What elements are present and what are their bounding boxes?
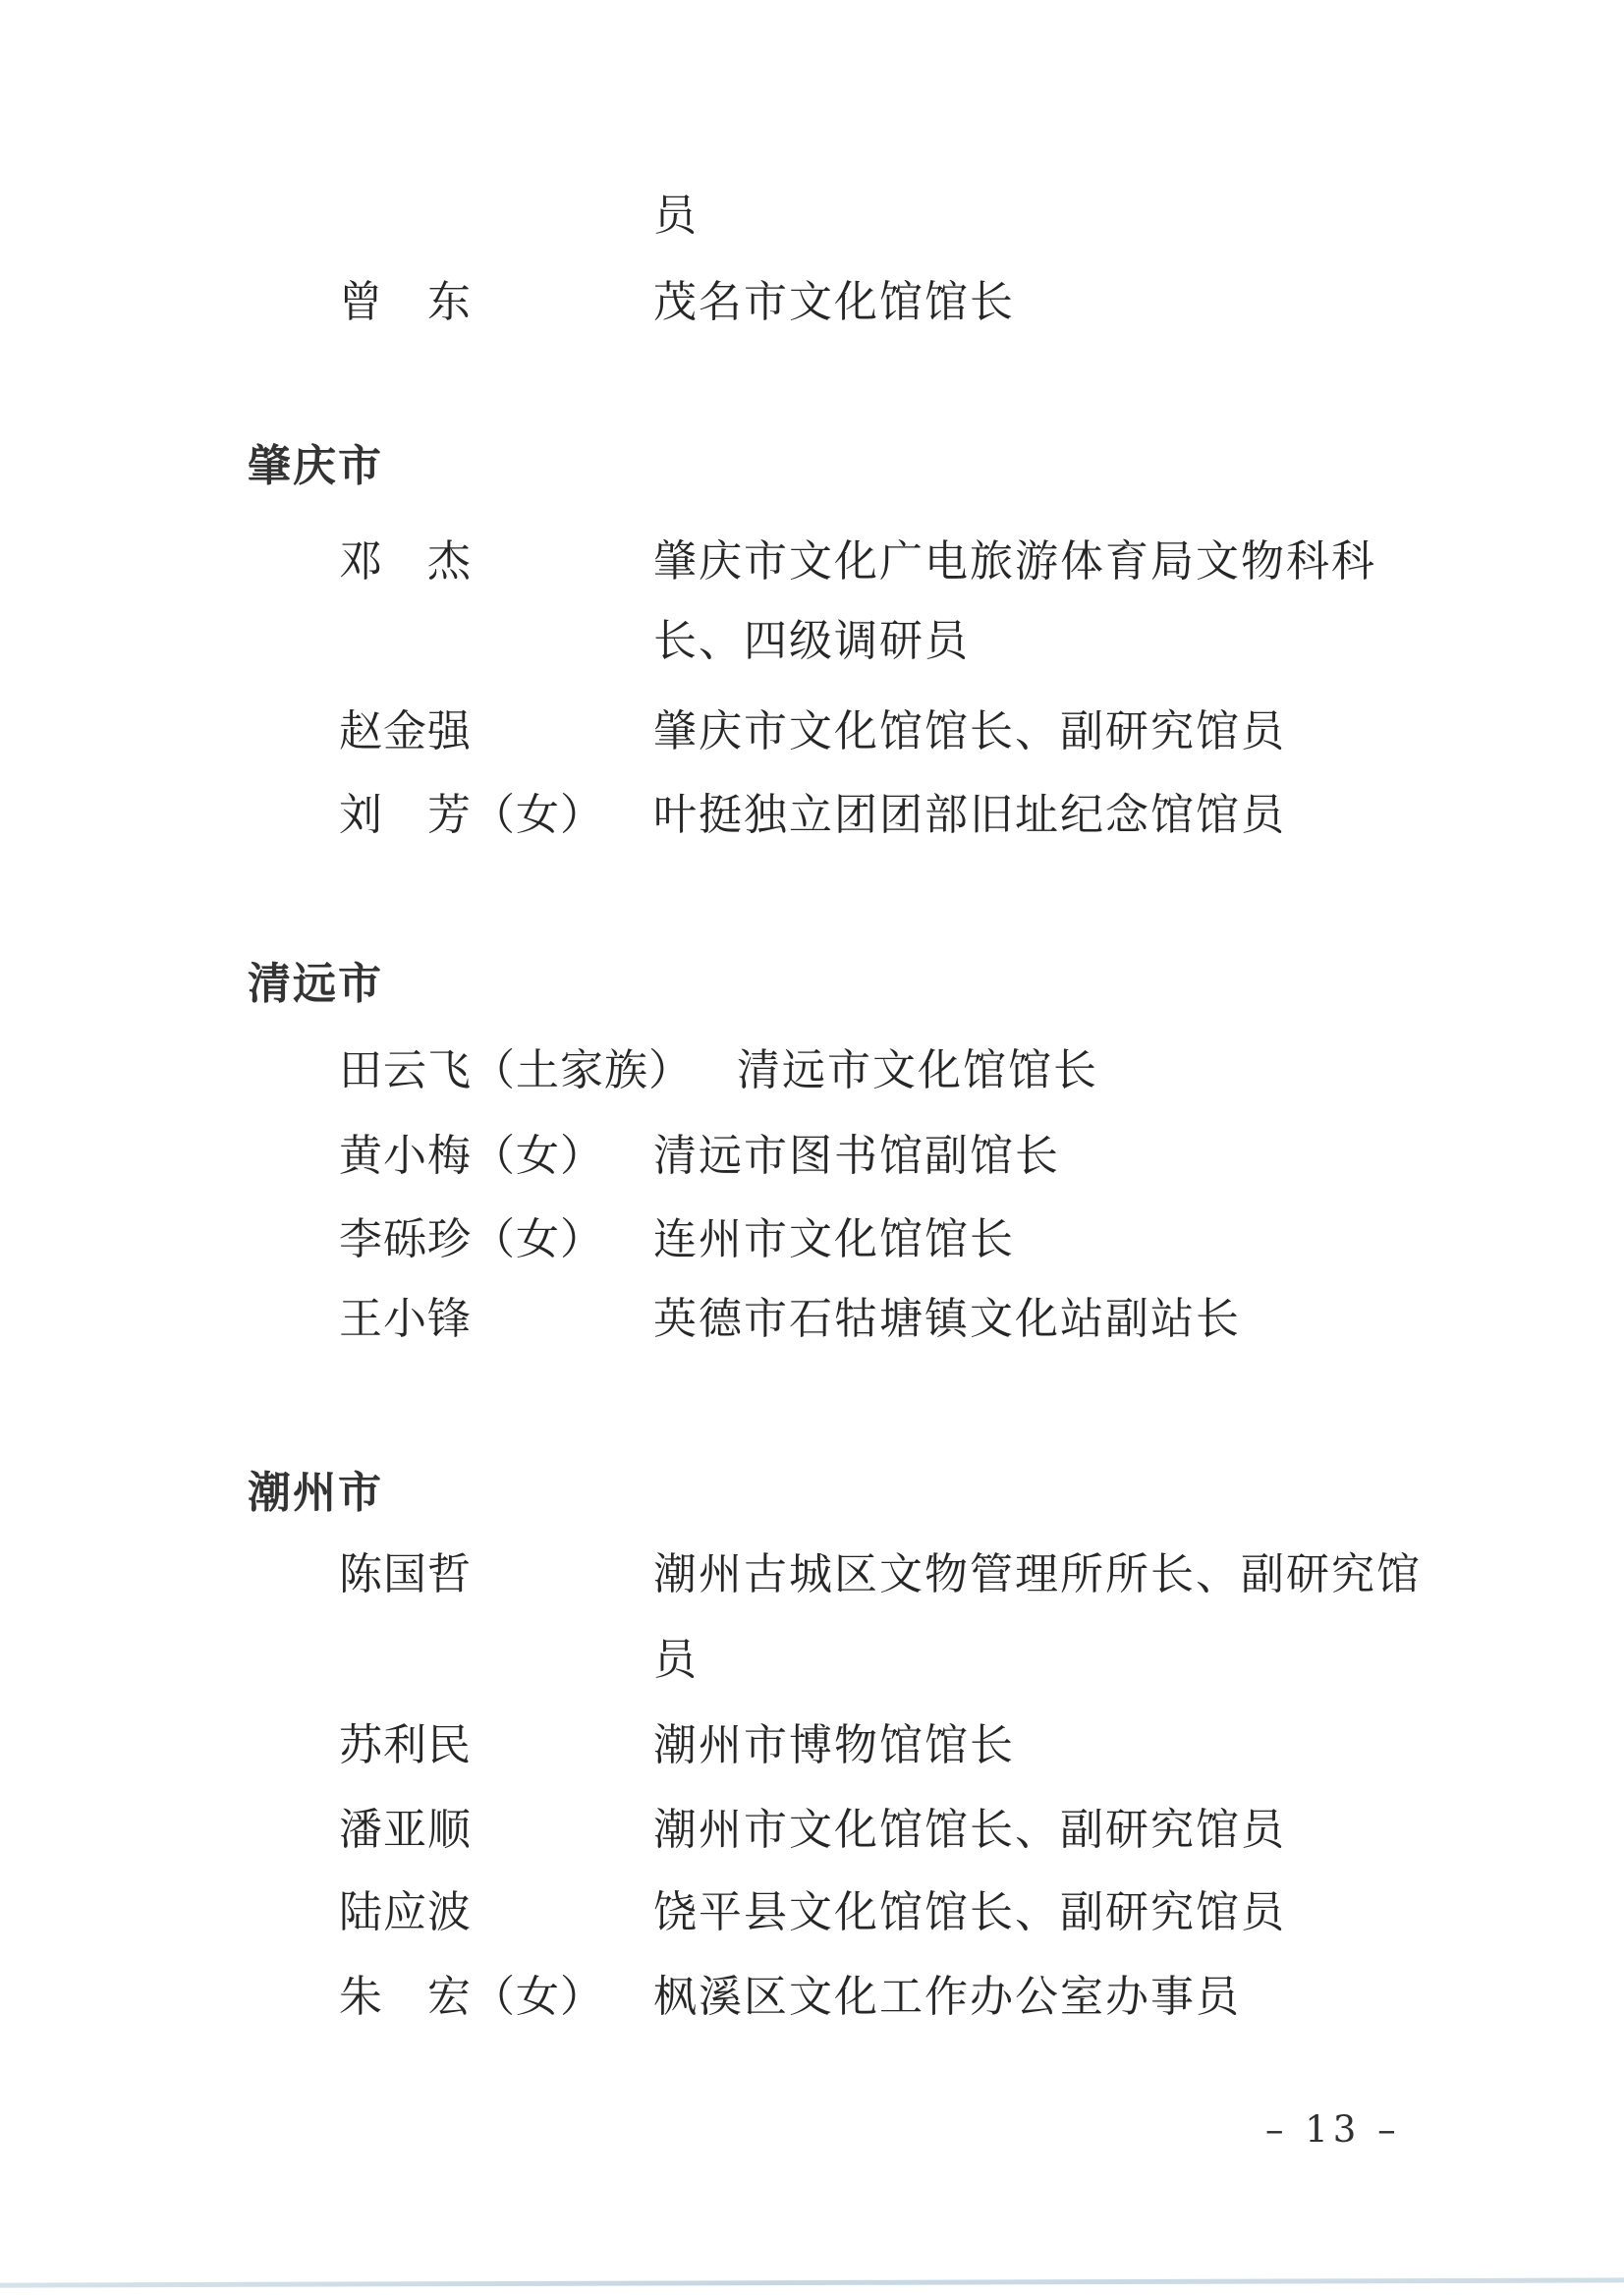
person-title-continuation: 员	[653, 1637, 699, 1684]
person-title: 潮州市博物馆馆长	[653, 1722, 1015, 1769]
person-name: 黄小梅（女）	[339, 1133, 604, 1180]
person-title: 饶平县文化馆馆长、副研究馆员	[653, 1889, 1286, 1936]
person-title: 潮州古城区文物管理所所长、副研究馆	[653, 1551, 1422, 1598]
person-title: 英德市石牯塘镇文化站副站长	[653, 1296, 1241, 1343]
person-name: 王小锋	[339, 1296, 472, 1343]
document-page: 员 曾 东 茂名市文化馆馆长 肇庆市 邓 杰 肇庆市文化广电旅游体育局文物科科 …	[0, 0, 1624, 2295]
person-title: 茂名市文化馆馆长	[653, 279, 1015, 326]
person-name: 田云飞（土家族）	[339, 1047, 693, 1094]
title-continuation-line: 员	[653, 193, 699, 240]
section-heading: 清远市	[248, 961, 383, 1008]
person-title: 叶挺独立团团部旧址纪念馆馆员	[653, 792, 1286, 839]
person-name: 赵金强	[339, 708, 472, 756]
person-name: 曾 东	[339, 279, 472, 326]
person-name: 邓 杰	[339, 538, 472, 586]
person-title-continuation: 长、四级调研员	[653, 618, 970, 665]
page-bottom-scan-line	[0, 2277, 1624, 2287]
person-name: 刘 芳（女）	[339, 792, 604, 839]
person-title: 潮州市文化馆馆长、副研究馆员	[653, 1807, 1286, 1854]
person-name: 陆应波	[339, 1889, 472, 1936]
person-name: 苏利民	[339, 1722, 472, 1769]
section-heading: 肇庆市	[248, 443, 383, 490]
person-title: 肇庆市文化广电旅游体育局文物科科	[653, 538, 1376, 586]
person-name: 潘亚顺	[339, 1807, 472, 1854]
person-name: 陈国哲	[339, 1551, 472, 1598]
person-title: 枫溪区文化工作办公室办事员	[653, 1974, 1241, 2021]
person-title: 肇庆市文化馆馆长、副研究馆员	[653, 708, 1286, 756]
page-number: – 13 –	[1265, 2110, 1401, 2150]
person-name: 朱 宏（女）	[339, 1974, 604, 2021]
person-title: 连州市文化馆馆长	[653, 1216, 1015, 1263]
person-title: 清远市文化馆馆长	[737, 1047, 1098, 1094]
section-heading: 潮州市	[248, 1470, 383, 1517]
person-title: 清远市图书馆副馆长	[653, 1133, 1060, 1180]
person-name: 李砾珍（女）	[339, 1216, 604, 1263]
